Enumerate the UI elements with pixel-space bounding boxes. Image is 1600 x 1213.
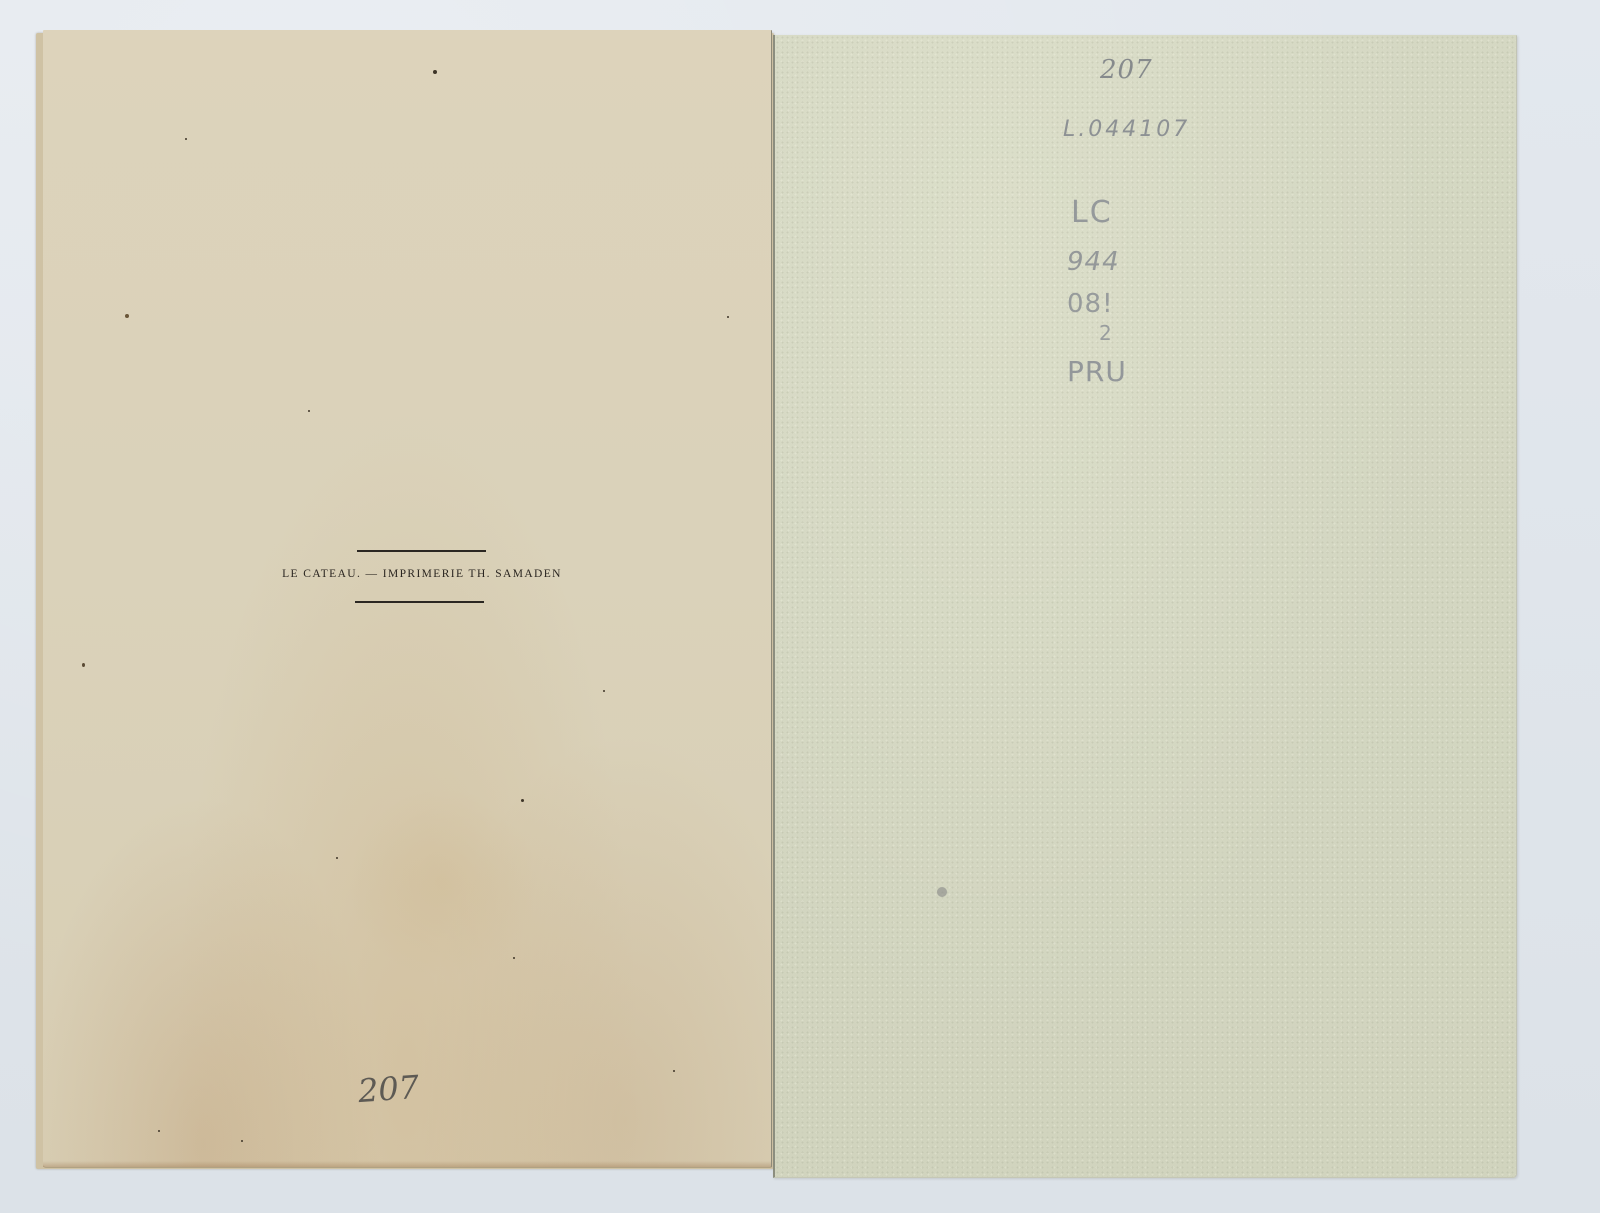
- handwritten-shelfmark-line-4: 2: [1099, 321, 1113, 345]
- handwritten-shelfmark-line-5: PRU: [1067, 355, 1127, 388]
- paper-speck: [603, 690, 605, 692]
- handwritten-page-number: 207: [357, 1068, 421, 1110]
- paper-speck: [158, 1130, 160, 1132]
- imprint-top-rule: [357, 550, 486, 552]
- paper-speck: [125, 314, 129, 318]
- paper-speck: [521, 799, 524, 802]
- paper-speck: [241, 1140, 243, 1142]
- handwritten-annotation-number: 207: [1100, 55, 1153, 85]
- imprint-bottom-rule: [355, 601, 484, 603]
- handwritten-shelfmark-line-1: LC: [1071, 195, 1113, 230]
- paper-speck: [308, 410, 310, 412]
- handwritten-shelfmark-line-3: 08!: [1067, 289, 1114, 319]
- paper-speck: [433, 70, 437, 74]
- paper-speck: [82, 663, 85, 667]
- handwritten-catalog-number: L.044107: [1063, 117, 1190, 142]
- paper-spot: [937, 887, 947, 897]
- paper-speck: [513, 957, 515, 959]
- right-page: 207 L.044107 LC 944 08! 2 PRU: [773, 35, 1517, 1178]
- handwritten-shelfmark-line-2: 944: [1067, 247, 1120, 277]
- paper-speck: [727, 316, 729, 318]
- left-page: LE CATEAU. — IMPRIMERIE TH. SAMADEN 207: [43, 30, 772, 1168]
- paper-speck: [336, 857, 338, 859]
- paper-speck: [673, 1070, 675, 1072]
- paper-speck: [185, 138, 187, 140]
- printer-imprint: LE CATEAU. — IMPRIMERIE TH. SAMADEN: [43, 550, 771, 630]
- imprint-text: LE CATEAU. — IMPRIMERIE TH. SAMADEN: [260, 568, 584, 580]
